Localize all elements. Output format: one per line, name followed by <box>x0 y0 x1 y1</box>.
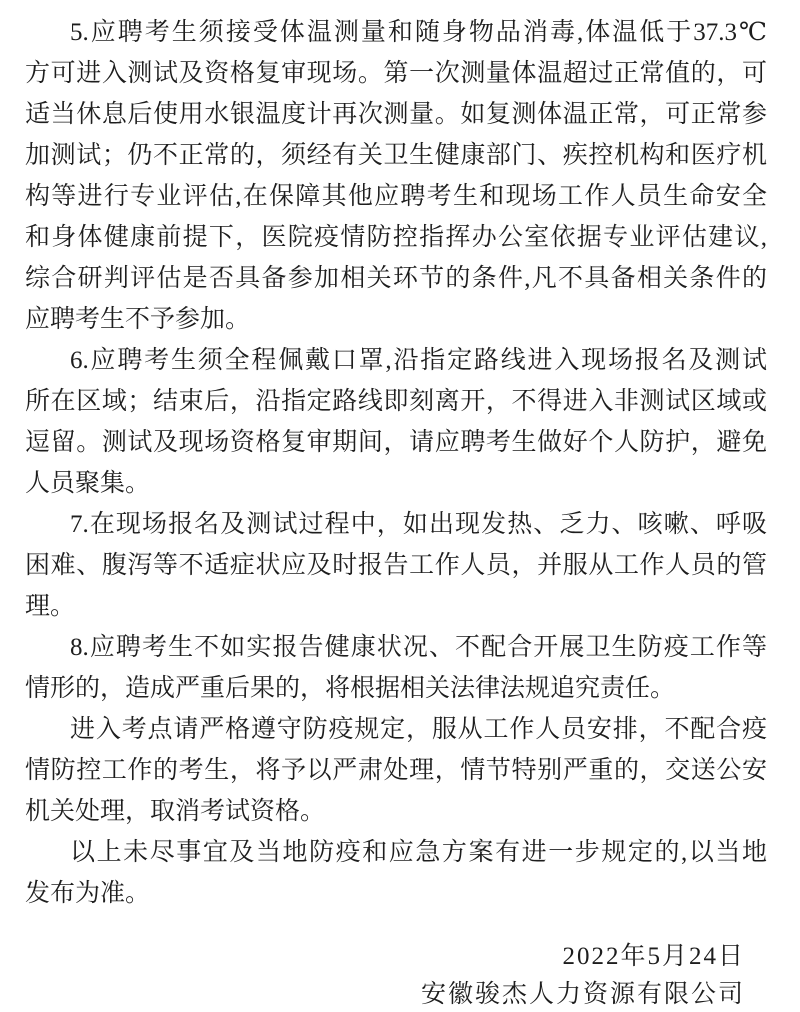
text-line: 发布为准。 <box>25 873 767 914</box>
text-line: 7.在现场报名及测试过程中，如出现发热、乏力、咳嗽、呼吸 <box>25 504 767 545</box>
text-line: 情形的，造成严重后果的，将根据相关法律法规追究责任。 <box>25 668 767 709</box>
text-line: 加测试；仍不正常的，须经有关卫生健康部门、疾控机构和医疗机 <box>25 135 767 176</box>
text-line: 人员聚集。 <box>25 463 767 504</box>
paragraph: 以上未尽事宜及当地防疫和应急方案有进一步规定的,以当地 发布为准。 <box>25 832 767 914</box>
paragraph: 8.应聘考生不如实报告健康状况、不配合开展卫生防疫工作等 情形的，造成严重后果的… <box>25 627 767 709</box>
text-line: 适当休息后使用水银温度计再次测量。如复测体温正常，可正常参 <box>25 94 767 135</box>
text-line: 8.应聘考生不如实报告健康状况、不配合开展卫生防疫工作等 <box>25 627 767 668</box>
text-line: 和身体健康前提下，医院疫情防控指挥办公室依据专业评估建议, <box>25 217 767 258</box>
text-line: 综合研判评估是否具备参加相关环节的条件,凡不具备相关条件的 <box>25 258 767 299</box>
text-line: 所在区域；结束后，沿指定路线即刻离开，不得进入非测试区域或 <box>25 381 767 422</box>
text-line: 进入考点请严格遵守防疫规定，服从工作人员安排，不配合疫 <box>25 709 767 750</box>
signature-date: 2022年5月24日 <box>25 938 745 976</box>
text-line: 方可进入测试及资格复审现场。第一次测量体温超过正常值的，可 <box>25 53 767 94</box>
paragraph: 6.应聘考生须全程佩戴口罩,沿指定路线进入现场报名及测试 所在区域；结束后，沿指… <box>25 340 767 504</box>
paragraph: 5.应聘考生须接受体温测量和随身物品消毒,体温低于37.3℃ 方可进入测试及资格… <box>25 12 767 340</box>
text-line: 构等进行专业评估,在保障其他应聘考生和现场工作人员生命安全 <box>25 176 767 217</box>
text-line: 情防控工作的考生，将予以严肃处理，情节特别严重的，交送公安 <box>25 750 767 791</box>
text-line: 应聘考生不予参加。 <box>25 299 767 340</box>
document-page: 5.应聘考生须接受体温测量和随身物品消毒,体温低于37.3℃ 方可进入测试及资格… <box>0 0 800 1012</box>
text-line: 机关处理，取消考试资格。 <box>25 791 767 832</box>
text-line: 逗留。测试及现场资格复审期间，请应聘考生做好个人防护，避免 <box>25 422 767 463</box>
signature-block: 2022年5月24日 安徽骏杰人力资源有限公司 <box>25 938 767 1012</box>
paragraph: 7.在现场报名及测试过程中，如出现发热、乏力、咳嗽、呼吸 困难、腹泻等不适症状应… <box>25 504 767 627</box>
text-line: 困难、腹泻等不适症状应及时报告工作人员，并服从工作人员的管 <box>25 545 767 586</box>
text-line: 理。 <box>25 586 767 627</box>
signature-company: 安徽骏杰人力资源有限公司 <box>25 976 745 1012</box>
text-line: 以上未尽事宜及当地防疫和应急方案有进一步规定的,以当地 <box>25 832 767 873</box>
text-line: 5.应聘考生须接受体温测量和随身物品消毒,体温低于37.3℃ <box>25 12 767 53</box>
paragraph: 进入考点请严格遵守防疫规定，服从工作人员安排，不配合疫 情防控工作的考生，将予以… <box>25 709 767 832</box>
text-line: 6.应聘考生须全程佩戴口罩,沿指定路线进入现场报名及测试 <box>25 340 767 381</box>
